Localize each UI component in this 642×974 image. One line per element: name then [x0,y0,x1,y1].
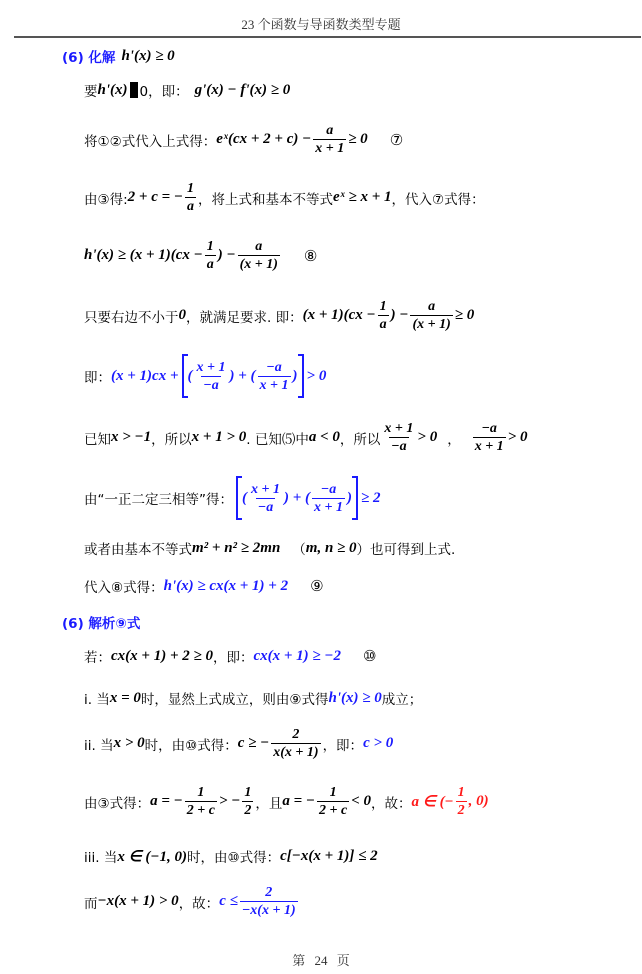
math: < 0 [351,793,371,810]
fraction: −ax + 1 [473,420,506,455]
math: a = − [150,793,183,810]
text: ，将上式和基本不等式 [198,188,333,208]
line-7: 已知 x > −1 ，所以 x + 1 > 0 . 已知⑸中 a < 0 ，所以… [84,420,528,455]
text: ，即： [323,734,364,754]
header-rule [14,36,641,38]
text: 时，显然上式成立，则由⑨式得 [141,688,329,708]
math: x > −1 [111,429,151,446]
fraction: 12 [242,784,253,819]
text: 由“一正二定三相等”得： [84,488,233,508]
line-10: 代入⑧式得： h'(x) ≥ cx(x + 1) + 2 ⑨ [84,576,324,596]
math: > 0 [508,429,528,446]
math: c ≥ − [238,735,269,752]
line-14: 由③式得： a = − 12 + c > − 12 ，且 a = − 12 + … [84,784,489,819]
text: ，故： [371,792,412,812]
text: . 已知⑸中 [246,428,309,448]
text: i. 当 [84,688,110,708]
line-11: 若： cx(x + 1) + 2 ≥ 0 ，即： cx(x + 1) ≥ −2 … [84,646,376,666]
text: ii. 当 [84,734,114,754]
math: h'(x) [98,82,128,99]
page-header: 23 个函数与导函数类型专题 [0,14,642,33]
text: ，所以 [340,428,381,448]
math: x = 0 [110,690,141,707]
line-15: iii. 当 x ∈ (−1, 0) 时，由⑩式得： c[−x(x + 1)] … [84,846,378,866]
text: 或者由基本不等式 [84,538,192,558]
text: ，故： [179,892,220,912]
text: ，就满足要求. 即： [186,306,303,326]
line-8: 由“一正二定三相等”得： ( x + 1−a ) + ( −ax + 1 ) ≥… [84,478,381,518]
math: c[−x(x + 1)] ≤ 2 [280,848,378,865]
answer-math: a ∈ (− [412,792,454,811]
text: ，代入⑦式得： [392,188,485,208]
math: c > 0 [363,735,393,752]
fraction: a(x + 1) [238,238,280,273]
math: x ∈ (−1, 0) [117,847,187,866]
math: ) − [391,307,409,324]
text: ，即： [213,646,254,666]
math: (x + 1)(cx − [303,307,376,324]
equation-tag: ⑨ [310,577,323,595]
line-9: 或者由基本不等式 m² + n² ≥ 2mn （ m, n ≥ 0 ）也可得到上… [84,538,455,558]
section-label: (6) 化解 [62,46,115,66]
line-12: i. 当 x = 0 时，显然上式成立，则由⑨式得 h'(x) ≥ 0 成立； [84,688,422,708]
math: g'(x) − f'(x) ≥ 0 [195,82,291,99]
fraction: 1a [205,238,216,273]
fraction: x + 1−a [249,481,282,516]
text: 由③得: [84,188,128,208]
text: 即： [84,366,111,386]
math: c ≤ [219,893,238,910]
math: −x(x + 1) > 0 [98,893,179,910]
line-5: 只要右边不小于 0 ，就满足要求. 即： (x + 1)(cx − 1a ) −… [84,298,474,333]
text: ， [447,428,461,448]
text: 将①②式代入上式得： [84,130,216,150]
math: 0 [179,307,187,324]
bracket-group: ( x + 1−a ) + ( −ax + 1 ) [182,356,304,396]
section-label: (6) 解析⑨式 [62,612,140,632]
line-2: 将①②式代入上式得： eˣ(cx + 2 + c) − ax + 1 ≥ 0 ⑦ [84,122,403,157]
fraction: 12 [456,784,467,819]
math: > − [219,793,240,810]
text: 时，由⑩式得： [187,846,280,866]
equation-tag: ⑧ [304,247,317,265]
page-footer: 第 24 页 [0,950,642,969]
math: eˣ(cx + 2 + c) − [216,131,311,148]
math: cx(x + 1) ≥ −2 [253,648,341,665]
fraction: 1a [378,298,389,333]
fraction: 12 + c [317,784,349,819]
fraction: x + 1−a [382,420,415,455]
heading-expr: h'(x) ≥ 0 [121,48,174,65]
line-13: ii. 当 x > 0 时，由⑩式得： c ≥ − 2x(x + 1) ，即： … [84,726,393,761]
fraction: −ax + 1 [312,481,345,516]
math: > 0 [417,429,437,446]
fraction: x + 1−a [195,359,228,394]
text: 若： [84,646,111,666]
math: a < 0 [309,429,340,446]
math: (x + 1)cx + [111,368,179,385]
text: ，且 [255,792,282,812]
math: m, n ≥ 0 [306,540,357,557]
text: ，所以 [151,428,192,448]
bracket-group: ( x + 1−a ) + ( −ax + 1 ) [236,478,358,518]
math: 2 + c = − [128,189,183,206]
text: 只要右边不小于 [84,306,179,326]
line-16: 而 −x(x + 1) > 0 ，故： c ≤ 2−x(x + 1) [84,884,300,919]
text: ）也可得到上式. [357,538,456,558]
math: > 0 [307,368,327,385]
section-heading-analyze: (6) 解析⑨式 [62,612,140,632]
fraction: ax + 1 [313,122,346,157]
fraction: 2−x(x + 1) [240,884,298,919]
redaction-block [130,82,138,98]
line-1: 要 h'(x) 0，即： g'(x) − f'(x) ≥ 0 [84,80,290,100]
math: ≥ 0 [348,131,367,148]
math: x + 1 > 0 [192,429,247,446]
equation-tag: ⑩ [363,647,376,665]
section-heading-simplify: (6) 化解 h'(x) ≥ 0 [62,46,175,66]
math: ≥ 0 [455,307,474,324]
math: x > 0 [114,735,145,752]
fraction: 2x(x + 1) [271,726,320,761]
math: a = − [282,793,315,810]
equation-tag: ⑦ [390,131,403,149]
line-3: 由③得: 2 + c = − 1a ，将上式和基本不等式 eˣ ≥ x + 1 … [84,180,485,215]
text: 已知 [84,428,111,448]
text: 0，即： [140,80,189,100]
math: m² + n² ≥ 2mn [192,540,280,557]
text: 而 [84,892,98,912]
text: 要 [84,80,98,100]
text: 成立； [382,688,423,708]
math: h'(x) ≥ (x + 1)(cx − [84,247,203,264]
fraction: 1a [185,180,196,215]
answer-math: , 0) [469,793,489,810]
fraction: −ax + 1 [258,359,291,394]
math: h'(x) ≥ 0 [329,690,382,707]
math: cx(x + 1) + 2 ≥ 0 [111,648,213,665]
text: 代入⑧式得： [84,576,164,596]
math: h'(x) ≥ cx(x + 1) + 2 [164,578,288,595]
line-4: h'(x) ≥ (x + 1)(cx − 1a ) − a(x + 1) ⑧ [84,238,317,273]
text: 时，由⑩式得： [145,734,238,754]
text: 由③式得： [84,792,150,812]
text: iii. 当 [84,846,117,866]
math: eˣ ≥ x + 1 [333,189,392,206]
fraction: 12 + c [185,784,217,819]
text: （ [292,538,306,558]
math: ) − [218,247,236,264]
math: ≥ 2 [361,490,380,507]
line-6: 即： (x + 1)cx + ( x + 1−a ) + ( −ax + 1 )… [84,356,326,396]
fraction: a(x + 1) [410,298,452,333]
